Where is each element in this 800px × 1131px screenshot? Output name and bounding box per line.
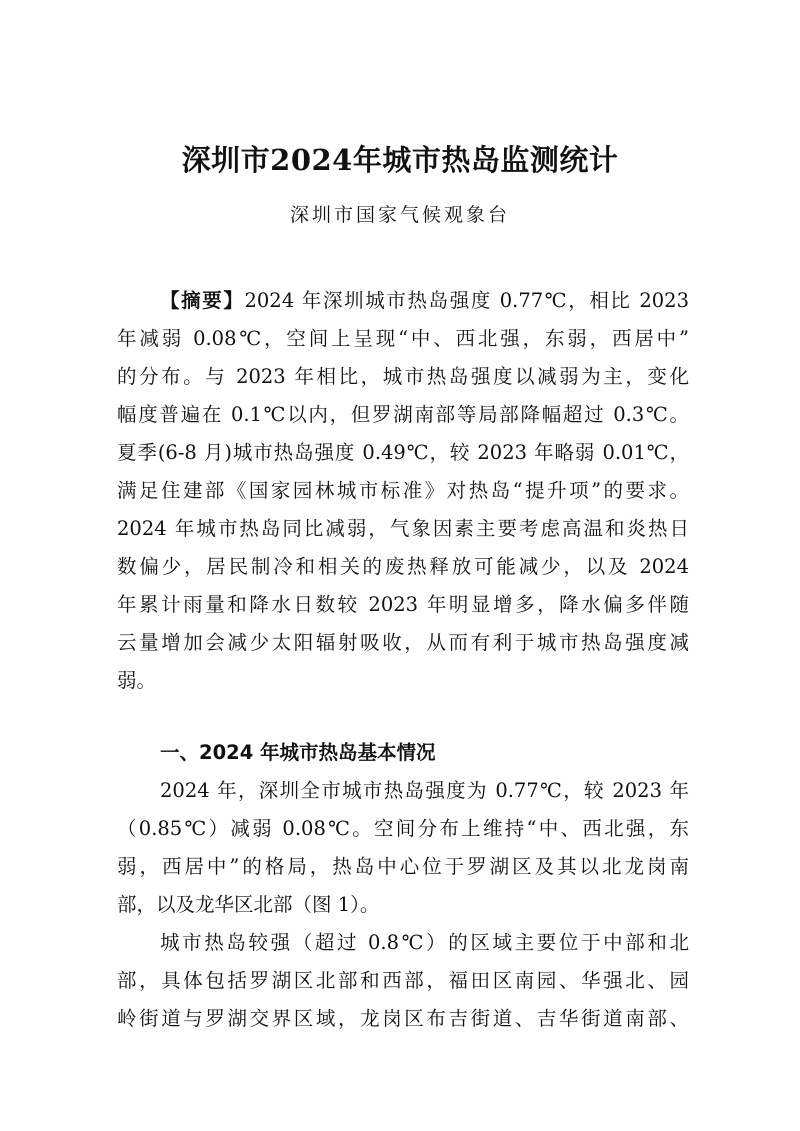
paragraph-line: 城市热岛较强（超过 0.8℃）的区域主要位于中部和北 [160,927,689,959]
abstract-line: 云量增加会减少太阳辐射吸收，从而有利于城市热岛强度减 [117,627,689,659]
abstract-line: 年减弱 0.08℃，空间上呈现“中、西北强，东弱，西居中” [117,323,689,355]
paragraph-line: 部，以及龙华区北部（图 1）。 [117,889,689,921]
paragraph-line: （0.85℃）减弱 0.08℃。空间分布上维持“中、西北强，东 [117,813,689,845]
document-title: 深圳市2024年城市热岛监测统计 [0,138,800,179]
abstract-line: 【摘要】2024 年深圳城市热岛强度 0.77℃，相比 2023 [160,285,689,317]
abstract-line: 幅度普遍在 0.1℃以内，但罗湖南部等局部降幅超过 0.3℃。 [117,399,689,431]
paragraph-line: 部，具体包括罗湖区北部和西部，福田区南园、华强北、园 [117,965,689,997]
document-author: 深圳市国家气候观象台 [0,200,800,227]
abstract-line: 年累计雨量和降水日数较 2023 年明显增多，降水偏多伴随 [117,589,689,621]
abstract-line: 2024 年城市热岛同比减弱，气象因素主要考虑高温和炎热日 [117,513,689,545]
paragraph-line: 岭街道与罗湖交界区域，龙岗区布吉街道、吉华街道南部、 [117,1003,689,1035]
abstract-line: 弱。 [117,665,689,697]
abstract-line: 夏季(6-8 月)城市热岛强度 0.49℃，较 2023 年略弱 0.01℃， [117,437,689,469]
abstract-line: 满足住建部《国家园林城市标准》对热岛“提升项”的要求。 [117,475,689,507]
abstract-line: 数偏少，居民制冷和相关的废热释放可能减少，以及 2024 [117,551,689,583]
abstract-line: 的分布。与 2023 年相比，城市热岛强度以减弱为主，变化 [117,361,689,393]
abstract-label: 【摘要】 [160,289,244,312]
paragraph-line: 弱，西居中”的格局，热岛中心位于罗湖区及其以北龙岗南 [117,851,689,883]
section-heading: 一、2024 年城市热岛基本情况 [160,737,436,769]
paragraph-line: 2024 年，深圳全市城市热岛强度为 0.77℃，较 2023 年 [160,775,689,807]
